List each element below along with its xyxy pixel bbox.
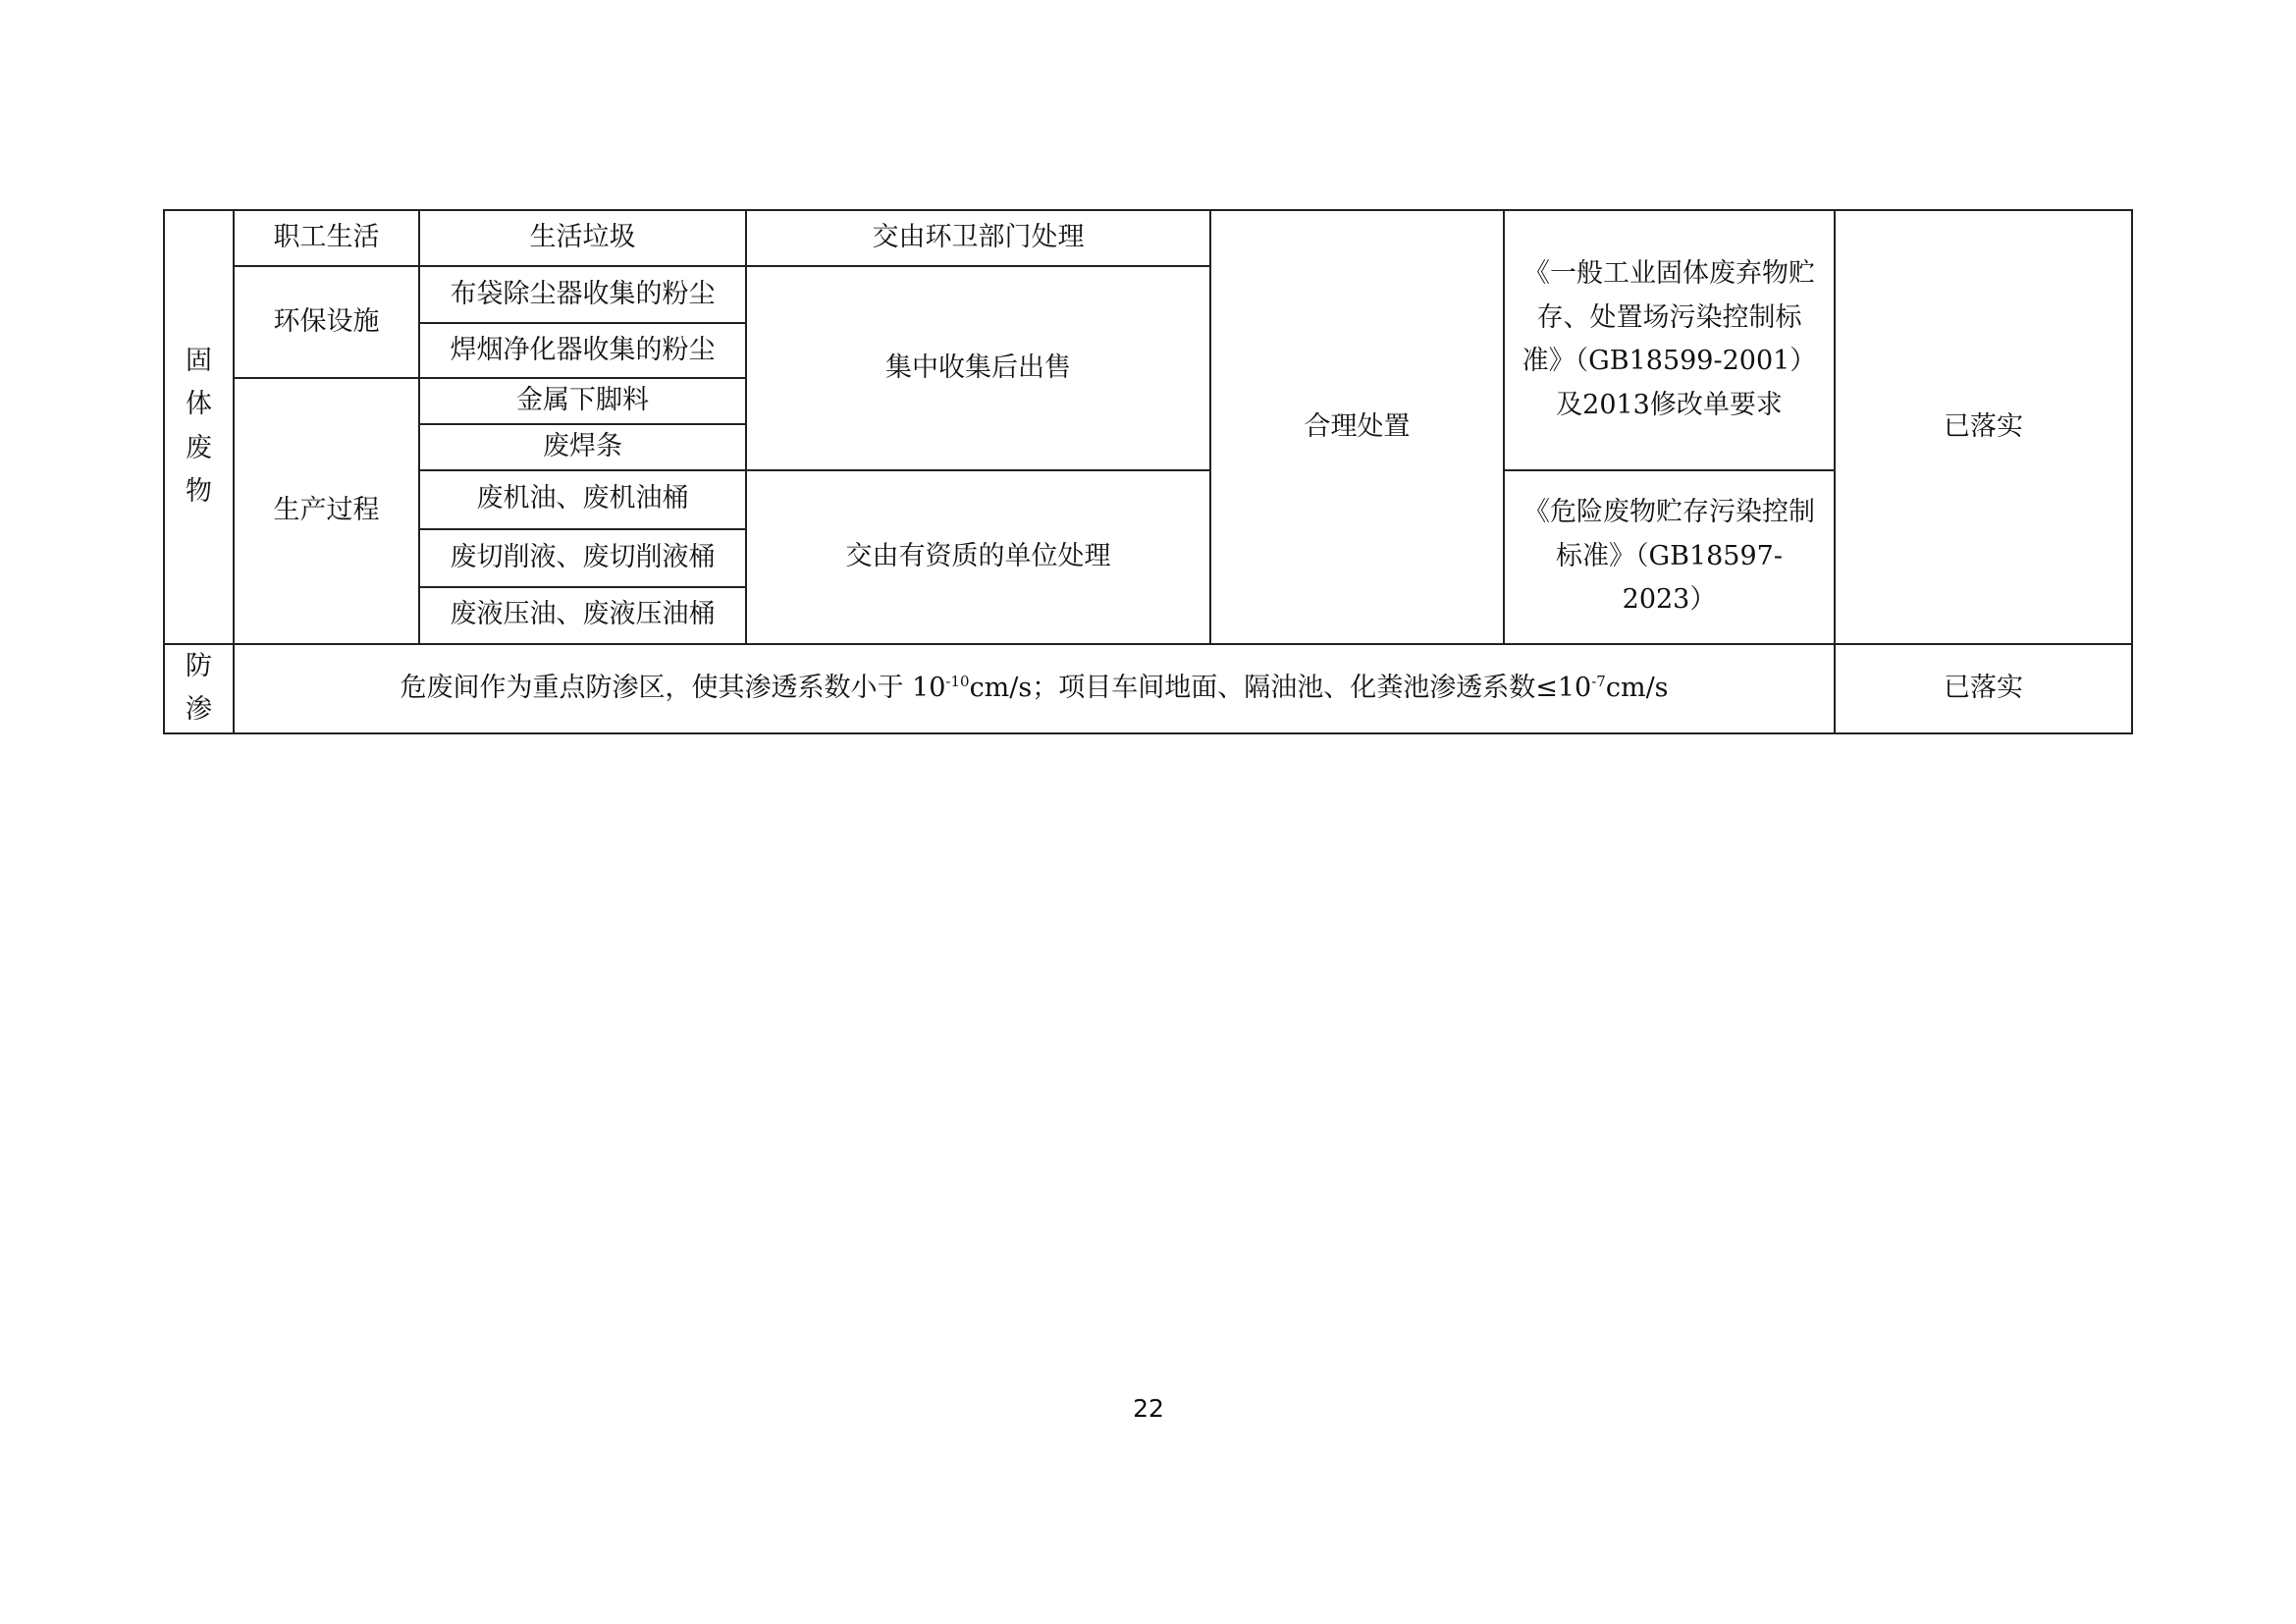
- category-anti-seepage: 防 渗: [164, 644, 234, 733]
- item-waste-hydraulic-oil: 废液压油、废液压油桶: [419, 587, 746, 644]
- status-anti-seepage: 已落实: [1835, 644, 2132, 733]
- solid-waste-table: 固 体 废 物 职工生活 生活垃圾 交由环卫部门处理 合理处置 《一般工业固体废…: [163, 209, 2133, 734]
- standard-general: 《一般工业固体废弃物贮存、处置场污染控制标准》（GB18599-2001）及20…: [1504, 210, 1835, 470]
- status-solid-waste: 已落实: [1835, 210, 2132, 644]
- requirement: 合理处置: [1210, 210, 1504, 644]
- anti-seepage-description: 危废间作为重点防渗区，使其渗透系数小于 10-10cm/s；项目车间地面、隔油池…: [234, 644, 1835, 733]
- item-waste-cutting-fluid: 废切削液、废切削液桶: [419, 529, 746, 587]
- source-staff: 职工生活: [234, 210, 419, 266]
- category-solid-waste: 固 体 废 物: [164, 210, 234, 644]
- disposal-hazardous: 交由有资质的单位处理: [746, 470, 1210, 644]
- disposal-sanitation: 交由环卫部门处理: [746, 210, 1210, 266]
- standard-hazardous: 《危险废物贮存污染控制标准》（GB18597-2023）: [1504, 470, 1835, 644]
- source-env: 环保设施: [234, 266, 419, 378]
- item-waste-welding-rod: 废焊条: [419, 424, 746, 470]
- item-welding-fume-dust: 焊烟净化器收集的粉尘: [419, 323, 746, 378]
- item-domestic-garbage: 生活垃圾: [419, 210, 746, 266]
- item-baghouse-dust: 布袋除尘器收集的粉尘: [419, 266, 746, 323]
- disposal-sale: 集中收集后出售: [746, 266, 1210, 470]
- page-number: 22: [1129, 1394, 1168, 1423]
- item-waste-oil: 废机油、废机油桶: [419, 470, 746, 529]
- item-metal-scrap: 金属下脚料: [419, 378, 746, 424]
- source-production: 生产过程: [234, 378, 419, 644]
